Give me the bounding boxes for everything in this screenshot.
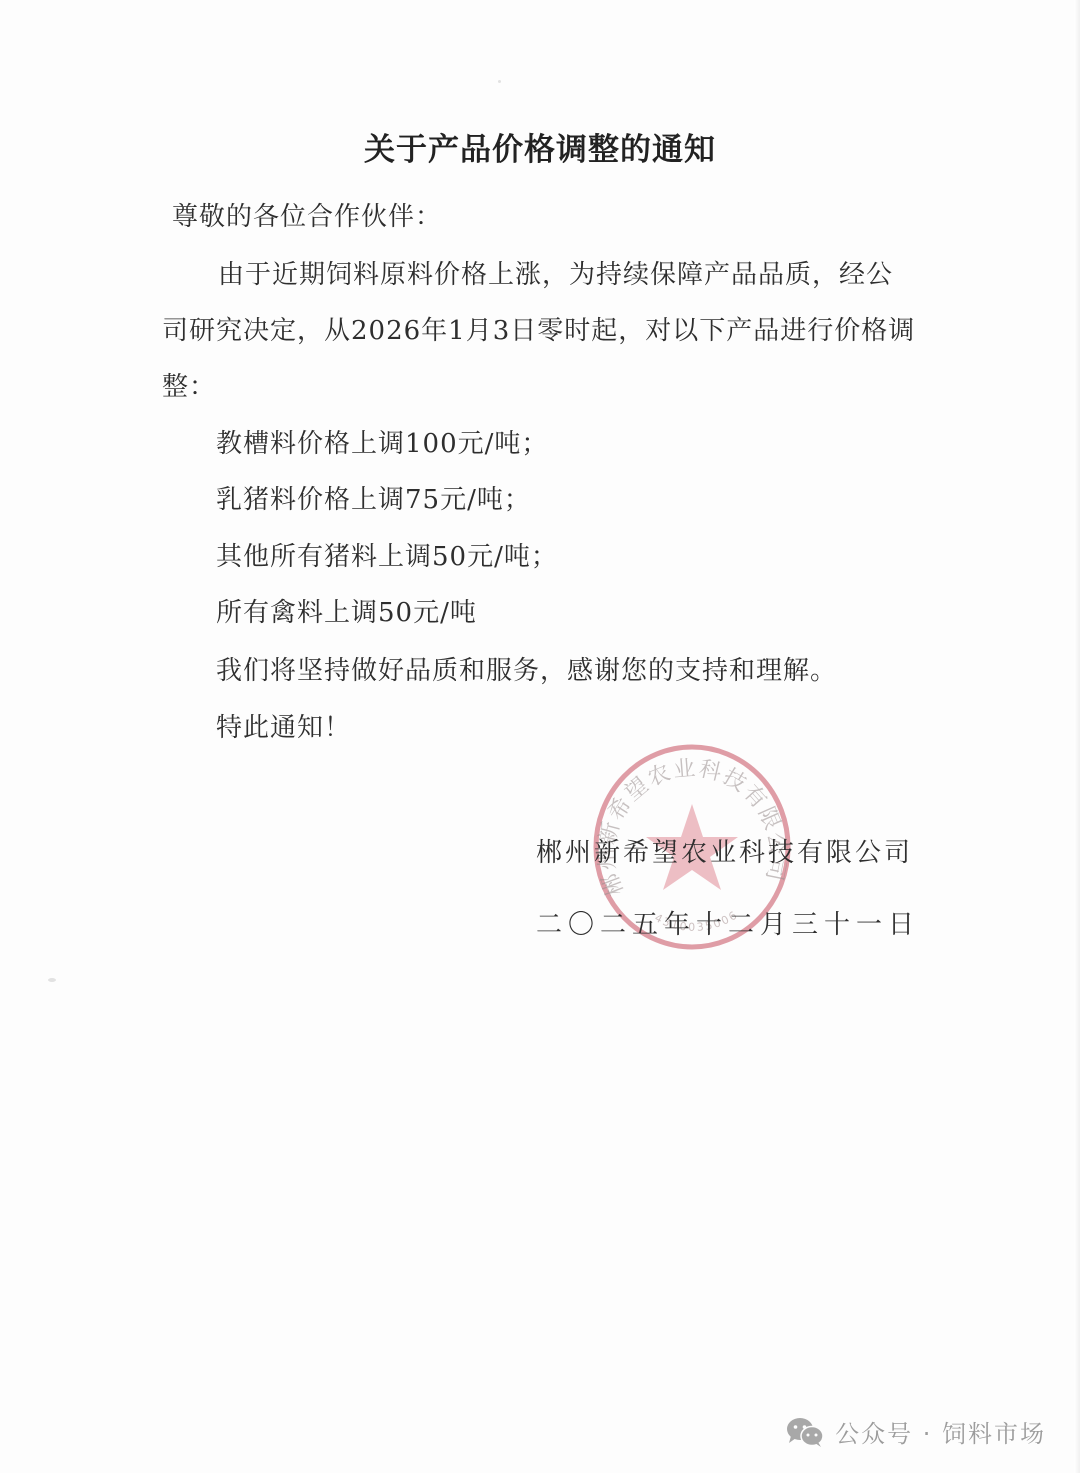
- price-adjustment-item: 乳猪料价格上调75元/吨；: [216, 483, 531, 517]
- wechat-icon: [785, 1416, 825, 1448]
- scan-speck: [498, 80, 501, 83]
- body-line: 由于近期饲料原料价格上涨，为持续保障产品品质，经公: [218, 258, 893, 292]
- signature-company: 郴州新希望农业科技有限公司: [536, 836, 913, 870]
- signature-date: 二〇二五年十二月三十一日: [536, 908, 920, 942]
- price-adjustment-item: 其他所有猪料上调50元/吨；: [216, 540, 558, 574]
- salutation: 尊敬的各位合作伙伴：: [172, 200, 442, 234]
- price-adjustment-item: 教槽料价格上调100元/吨；: [216, 427, 548, 461]
- page-edge: [1074, 0, 1080, 1473]
- document-title: 关于产品价格调整的通知: [0, 124, 1080, 169]
- wechat-watermark: 公众号 · 饲料市场: [785, 1414, 1046, 1449]
- closing-sentence: 我们将坚持做好品质和服务，感谢您的支持和理解。: [216, 654, 837, 688]
- body-line: 司研究决定，从2026年1月3日零时起，对以下产品进行价格调: [162, 314, 915, 348]
- body-line: 整：: [162, 370, 216, 404]
- price-adjustment-item: 所有禽料上调50元/吨: [216, 596, 477, 630]
- watermark-text: 公众号 · 饲料市场: [835, 1414, 1046, 1449]
- notice-end: 特此通知！: [216, 711, 351, 745]
- svg-text:郴州新希望农业科技有限公司: 郴州新希望农业科技有限公司: [595, 756, 790, 899]
- scan-speck: [48, 978, 56, 982]
- document-page: 关于产品价格调整的通知 尊敬的各位合作伙伴： 由于近期饲料原料价格上涨，为持续保…: [0, 0, 1080, 1473]
